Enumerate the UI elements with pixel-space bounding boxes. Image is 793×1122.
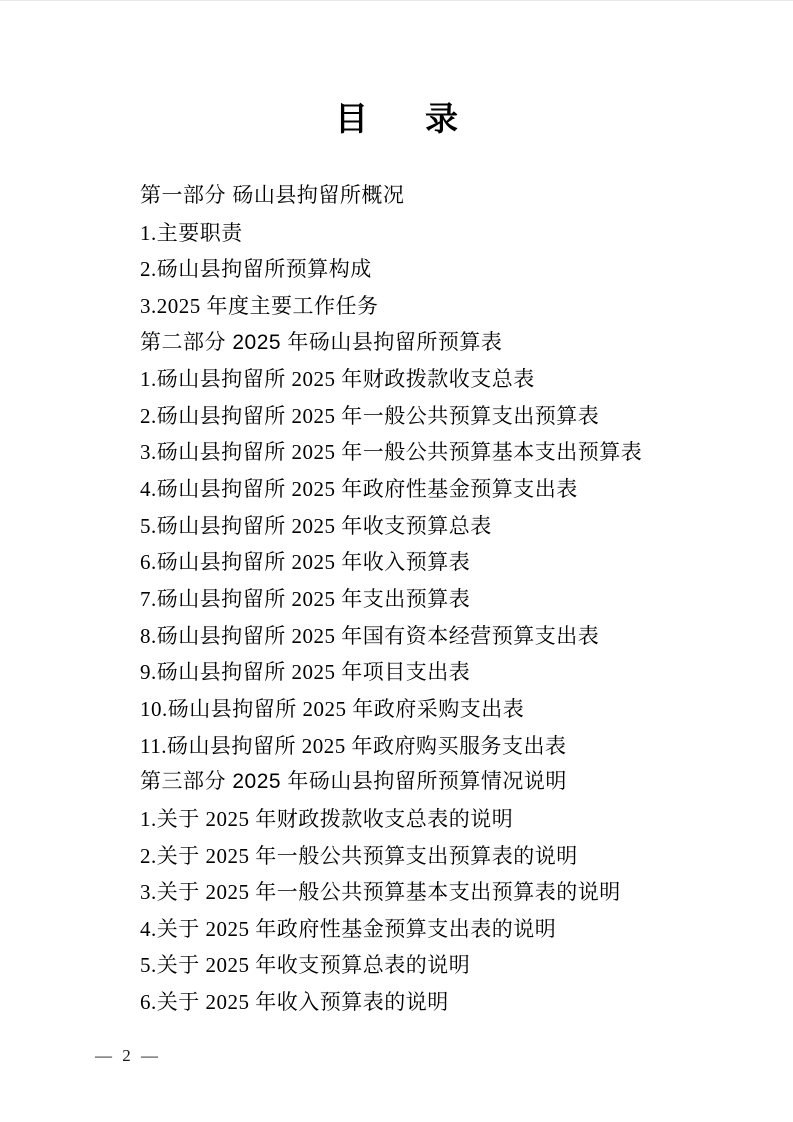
- table-of-contents: 第一部分 砀山县拘留所概况 1.主要职责 2.砀山县拘留所预算构成 3.2025…: [140, 178, 753, 1021]
- toc-item: 3.2025 年度主要工作任务: [140, 288, 753, 325]
- toc-item: 8.砀山县拘留所 2025 年国有资本经营预算支出表: [140, 618, 753, 655]
- toc-item: 6.砀山县拘留所 2025 年收入预算表: [140, 544, 753, 581]
- toc-item: 6.关于 2025 年收入预算表的说明: [140, 984, 753, 1021]
- toc-item: 4.砀山县拘留所 2025 年政府性基金预算支出表: [140, 471, 753, 508]
- toc-item: 5.砀山县拘留所 2025 年收支预算总表: [140, 508, 753, 545]
- toc-item: 11.砀山县拘留所 2025 年政府购买服务支出表: [140, 728, 753, 765]
- document-page: 目 录 第一部分 砀山县拘留所概况 1.主要职责 2.砀山县拘留所预算构成 3.…: [0, 0, 793, 1122]
- toc-item: 5.关于 2025 年收支预算总表的说明: [140, 947, 753, 984]
- toc-item: 1.砀山县拘留所 2025 年财政拨款收支总表: [140, 361, 753, 398]
- toc-item: 9.砀山县拘留所 2025 年项目支出表: [140, 654, 753, 691]
- toc-item: 3.砀山县拘留所 2025 年一般公共预算基本支出预算表: [140, 434, 753, 471]
- toc-item: 2.砀山县拘留所 2025 年一般公共预算支出预算表: [140, 398, 753, 435]
- toc-item: 2.砀山县拘留所预算构成: [140, 251, 753, 288]
- toc-section-2-heading: 第二部分 2025 年砀山县拘留所预算表: [140, 325, 753, 362]
- toc-item: 4.关于 2025 年政府性基金预算支出表的说明: [140, 911, 753, 948]
- toc-item: 3.关于 2025 年一般公共预算基本支出预算表的说明: [140, 874, 753, 911]
- toc-item: 2.关于 2025 年一般公共预算支出预算表的说明: [140, 838, 753, 875]
- toc-section-1-heading: 第一部分 砀山县拘留所概况: [140, 178, 753, 215]
- toc-item: 7.砀山县拘留所 2025 年支出预算表: [140, 581, 753, 618]
- toc-section-3-heading: 第三部分 2025 年砀山县拘留所预算情况说明: [140, 764, 753, 801]
- page-title: 目 录: [0, 93, 793, 140]
- page-number: — 2 —: [95, 1046, 158, 1066]
- toc-item: 1.关于 2025 年财政拨款收支总表的说明: [140, 801, 753, 838]
- toc-item: 1.主要职责: [140, 215, 753, 252]
- toc-item: 10.砀山县拘留所 2025 年政府采购支出表: [140, 691, 753, 728]
